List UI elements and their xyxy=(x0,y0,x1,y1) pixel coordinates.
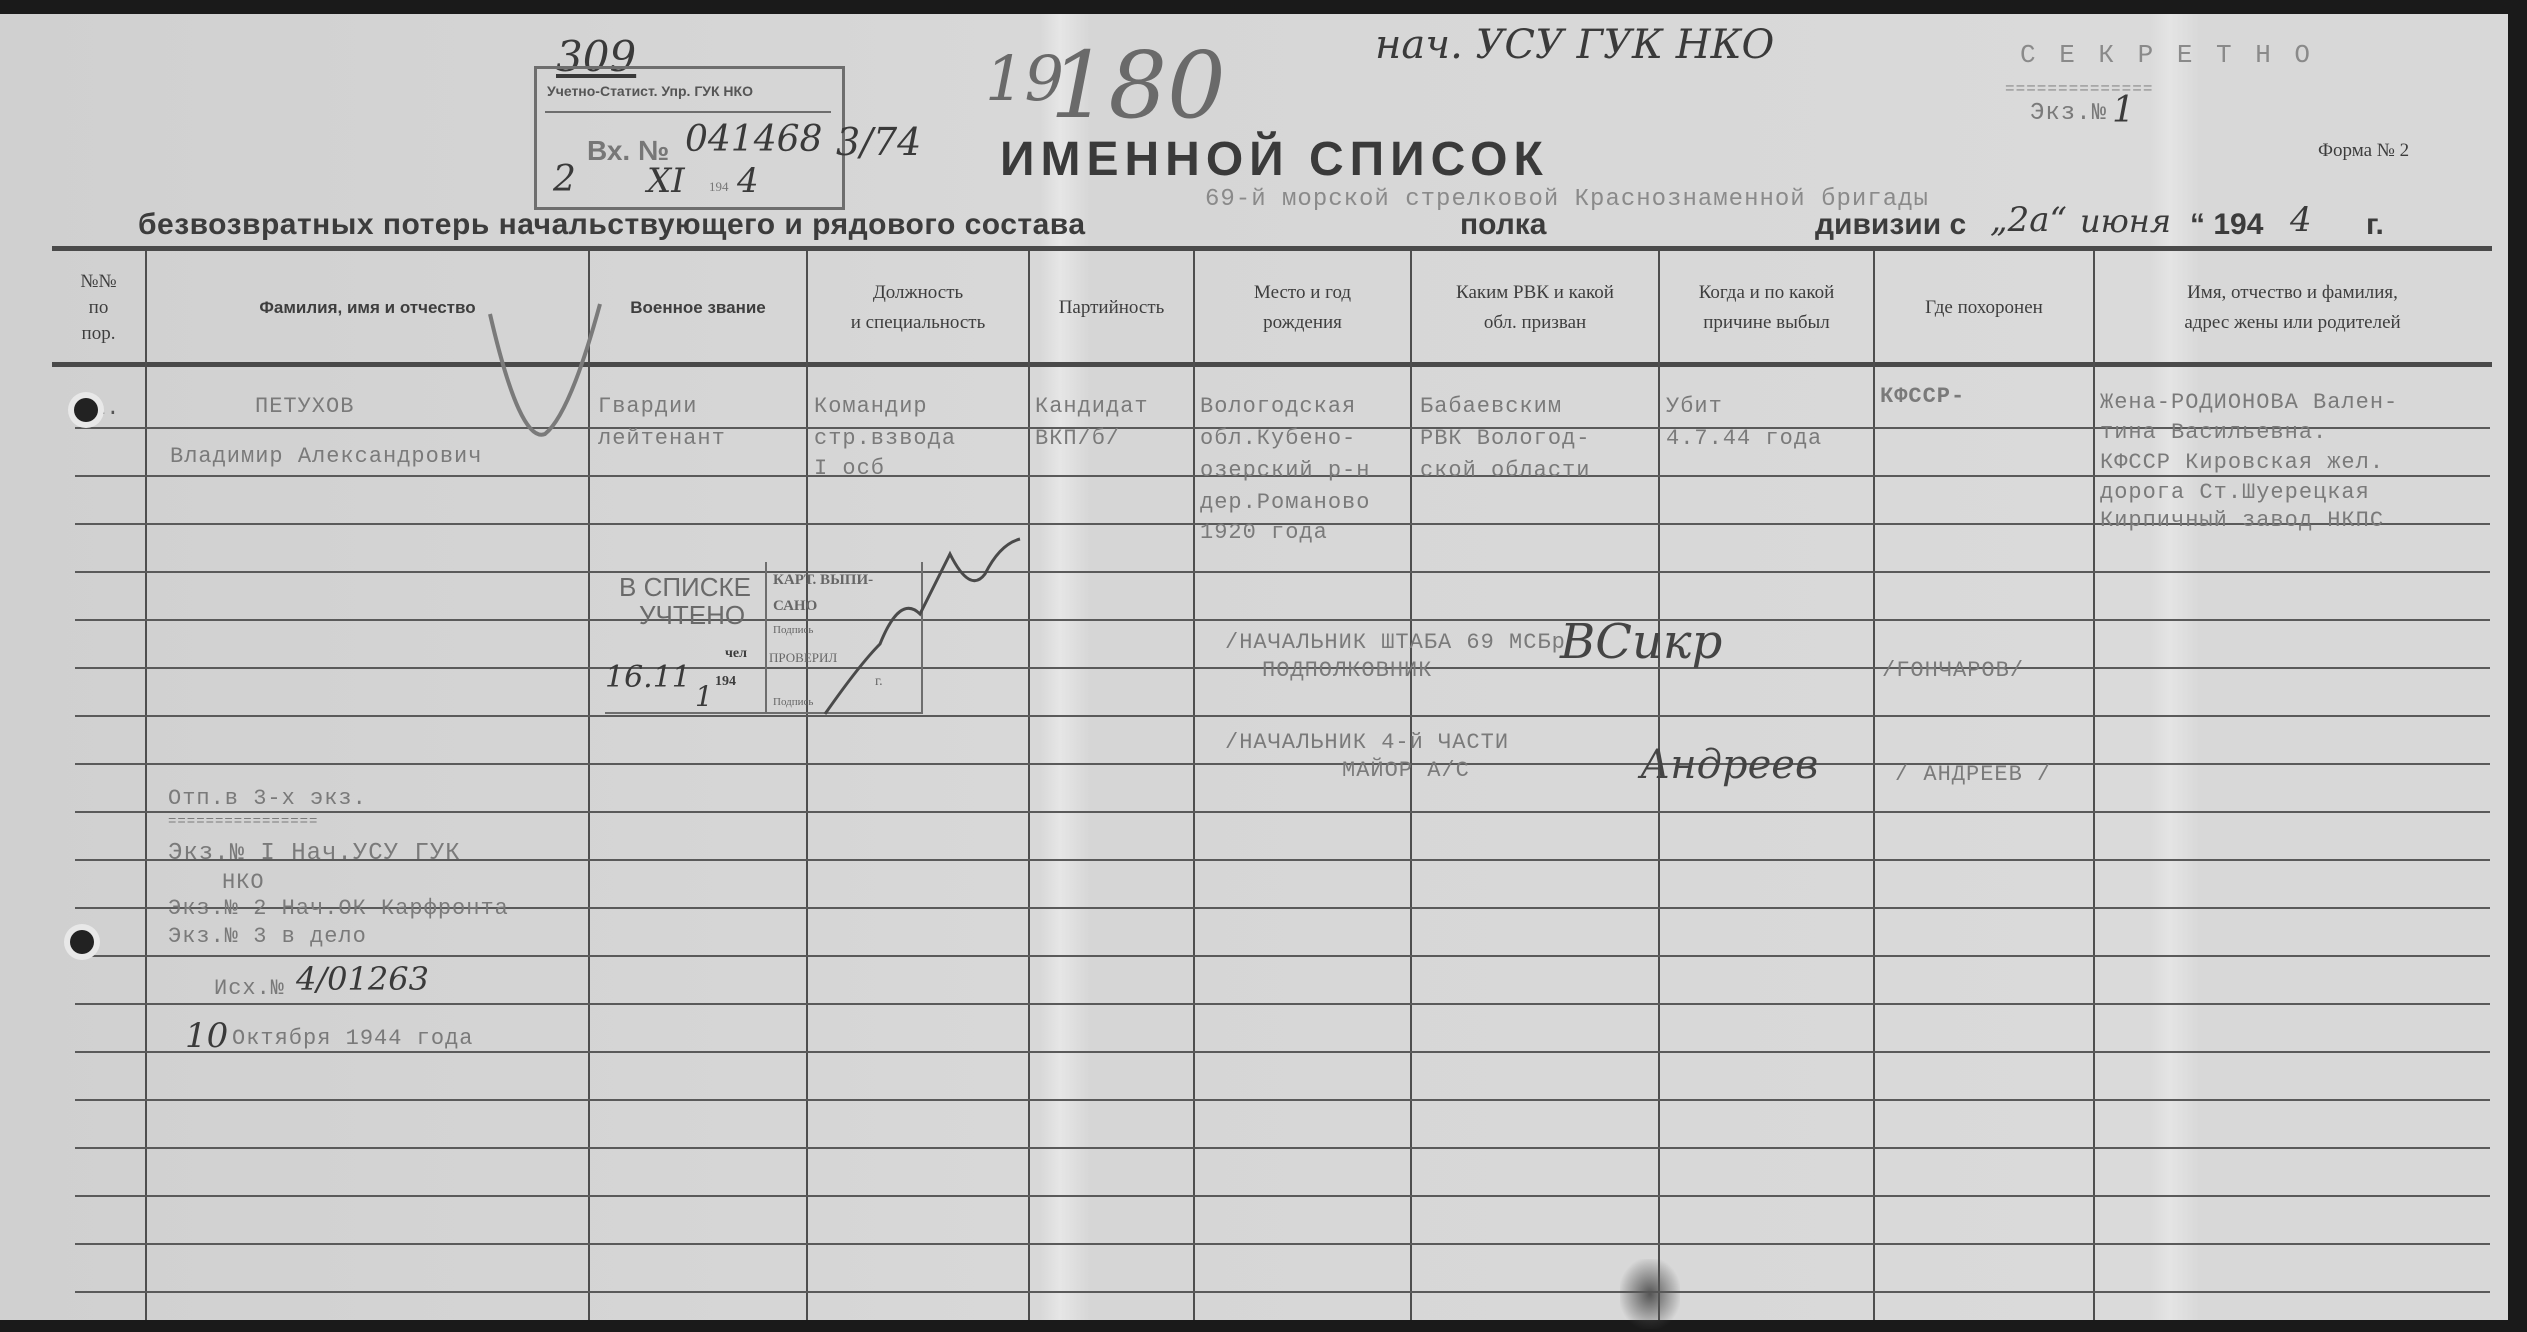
document-page: 309 19 180 нач. УСУ ГУК НКО Учетно-Стати… xyxy=(0,14,2508,1320)
col-divider xyxy=(145,251,147,1320)
dispatch-line-4: Экз.№ 2 Нач.ОК Карфронта xyxy=(168,896,509,921)
row-birth-4: дер.Романово xyxy=(1200,490,1370,515)
subtitle-year-end: г. xyxy=(2366,208,2384,242)
row-relatives-1: Жена-РОДИОНОВА Вален- xyxy=(2100,390,2398,415)
header-num-label: по xyxy=(89,295,109,321)
dispatch-line-5: Экз.№ 3 в дело xyxy=(168,924,367,949)
row-rule xyxy=(75,1243,2490,1245)
row-rule xyxy=(75,571,2490,573)
row-rvk-1: Бабаевским xyxy=(1420,394,1562,419)
col-divider xyxy=(1410,251,1412,1320)
accounted-year-label: 194 xyxy=(715,674,736,690)
col-divider xyxy=(2093,251,2095,1320)
row-rvk-2: РВК Вологод- xyxy=(1420,426,1590,451)
header-rank: Военное звание xyxy=(590,254,806,362)
header-num-label: пор. xyxy=(82,321,116,347)
dispatch-date-day: 10 xyxy=(185,1016,228,1056)
row-rule xyxy=(75,1147,2490,1149)
subtitle-division: дивизии с xyxy=(1815,208,1966,242)
row-party-2: ВКП/б/ xyxy=(1035,426,1120,451)
accounted-people-label: чел xyxy=(725,646,747,662)
fourth-part-rank: МАЙОР А/С xyxy=(1342,758,1470,783)
cards-label-2: САНО xyxy=(773,598,817,615)
col-divider xyxy=(1193,251,1195,1320)
subtitle-year-prefix: “ 194 xyxy=(2190,208,2263,242)
header-rvk-label: Каким РВК и какой xyxy=(1456,278,1614,308)
row-rule xyxy=(75,1051,2490,1053)
dispatch-line-1: Отп.в 3-х экз. xyxy=(168,786,367,811)
subtitle-prefix: безвозвратных потерь начальствующего и р… xyxy=(138,208,1086,242)
accounted-title-1: В СПИСКЕ xyxy=(619,572,751,603)
chief-of-staff-name: /ГОНЧАРОВ/ xyxy=(1882,658,2024,683)
handwritten-addressee: нач. УСУ ГУК НКО xyxy=(1375,22,1774,68)
row-surname: ПЕТУХОВ xyxy=(255,394,354,419)
checkmark-icon xyxy=(460,294,620,464)
dispatch-line-1-underline: ================ xyxy=(168,814,318,830)
header-relatives-label: адрес жены или родителей xyxy=(2184,308,2400,338)
fourth-part-title: /НАЧАЛЬНИК 4-й ЧАСТИ xyxy=(1225,730,1509,755)
header-birth-label: рождения xyxy=(1263,308,1342,338)
col-divider xyxy=(1028,251,1030,1320)
col-divider xyxy=(806,251,808,1320)
incoming-number: 041468 xyxy=(685,119,822,160)
incoming-month: XI xyxy=(647,161,685,201)
outgoing-label: Исх.№ xyxy=(214,976,285,1001)
dispatch-line-3: НКО xyxy=(222,870,265,895)
checked-signature-label: Подпись xyxy=(773,696,813,708)
header-relatives: Имя, отчество и фамилия, адрес жены или … xyxy=(2095,254,2490,362)
row-rule xyxy=(75,1003,2490,1005)
chief-of-staff-signature: ВСикр xyxy=(1560,614,1722,670)
fourth-part-signature: Андреев xyxy=(1640,742,1818,788)
incoming-stamp-header: Учетно-Статист. Упр. ГУК НКО xyxy=(547,83,753,99)
row-rule xyxy=(75,619,2490,621)
row-given-names: Владимир Александрович xyxy=(170,444,482,469)
row-birth-3: озерский р-н xyxy=(1200,458,1370,483)
row-party-1: Кандидат xyxy=(1035,394,1149,419)
row-rule xyxy=(75,1291,2490,1293)
ink-smudge xyxy=(1620,1259,1680,1329)
row-relatives-5: Кирпичный завод НКПС xyxy=(2100,508,2384,533)
subtitle-polka: полка xyxy=(1460,208,1546,242)
header-rvk-label: обл. призван xyxy=(1484,308,1586,338)
row-rule xyxy=(75,715,2490,717)
cards-signature-label: Подпись xyxy=(773,624,813,636)
header-when-label: Когда и по какой xyxy=(1699,278,1835,308)
signature-scribble-icon xyxy=(820,534,1050,734)
page-title: ИМЕННОЙ СПИСОК xyxy=(1000,132,1549,187)
header-when: Когда и по какой причине выбыл xyxy=(1660,254,1873,362)
header-birth-label: Место и год xyxy=(1254,278,1351,308)
row-rule xyxy=(75,1099,2490,1101)
outgoing-number: 4/01263 xyxy=(296,960,429,998)
secret-label: С Е К Р Е Т Н О xyxy=(2020,40,2314,70)
row-birth-2: обл.Кубено- xyxy=(1200,426,1356,451)
row-rule xyxy=(75,955,2490,957)
copy-number: 1 xyxy=(2112,90,2135,131)
header-when-label: причине выбыл xyxy=(1703,308,1830,338)
subtitle-date-month: июня xyxy=(2080,202,2171,240)
table-top-border xyxy=(52,246,2492,251)
punch-hole xyxy=(70,930,94,954)
row-birth-5: 1920 года xyxy=(1200,520,1328,545)
header-position-label: Должность xyxy=(873,278,963,308)
row-position-1: Командир xyxy=(814,394,928,419)
header-bottom-border xyxy=(52,362,2492,367)
header-num: №№ по пор. xyxy=(52,254,145,362)
header-position-label: и специальность xyxy=(851,308,986,338)
row-rule xyxy=(75,811,2490,813)
dispatch-line-2: Экз.№ I Нач.УСУ ГУК xyxy=(168,840,461,867)
incoming-day: 2 xyxy=(553,159,576,200)
row-rule xyxy=(75,763,2490,765)
incoming-stamp: Учетно-Статист. Упр. ГУК НКО Вх. № 04146… xyxy=(534,66,845,210)
punch-hole xyxy=(74,398,98,422)
header-rvk: Каким РВК и какой обл. призван xyxy=(1412,254,1658,362)
row-rule xyxy=(75,1195,2490,1197)
row-rvk-3: ской области xyxy=(1420,458,1590,483)
row-buried: КФССР- xyxy=(1880,384,1965,409)
copy-label: Экз.№ xyxy=(2030,100,2107,127)
col-divider xyxy=(1873,251,1875,1320)
row-birth-1: Вологодская xyxy=(1200,394,1356,419)
row-position-2: стр.взвода xyxy=(814,426,956,451)
row-when-2: 4.7.44 года xyxy=(1666,426,1822,451)
handwritten-number-180: 180 xyxy=(1050,32,1226,139)
incoming-year-prefix: 194 xyxy=(709,179,729,195)
header-birth: Место и год рождения xyxy=(1195,254,1410,362)
row-when-1: Убит xyxy=(1666,394,1723,419)
row-position-3: I осб xyxy=(814,456,885,481)
row-relatives-4: дорога Ст.Шуерецкая xyxy=(2100,480,2370,505)
accounted-title-2: УЧТЕНО xyxy=(639,600,745,631)
row-relatives-2: тина Васильевна. xyxy=(2100,420,2327,445)
header-num-label: №№ xyxy=(80,269,116,295)
header-relatives-label: Имя, отчество и фамилия, xyxy=(2187,278,2398,308)
dispatch-date-rest: Октября 1944 года xyxy=(232,1026,473,1051)
accounted-handwritten-date: 16.11 xyxy=(605,660,691,695)
stamp-divider xyxy=(545,111,831,113)
incoming-year: 4 xyxy=(737,161,759,201)
chief-of-staff-rank: ПОДПОЛКОВНИК xyxy=(1262,658,1432,683)
chief-of-staff-title: /НАЧАЛЬНИК ШТАБА 69 МСБр xyxy=(1225,630,1566,655)
row-relatives-3: КФССР Кировская жел. xyxy=(2100,450,2384,475)
header-party: Партийность xyxy=(1030,254,1193,362)
form-label: Форма № 2 xyxy=(2318,140,2409,162)
accounted-handwritten-count: 1 xyxy=(695,680,713,713)
header-position: Должность и специальность xyxy=(808,254,1028,362)
subtitle-year-suffix: 4 xyxy=(2290,200,2312,240)
subtitle-date-day: „2а“ xyxy=(1990,200,2067,240)
fourth-part-name: / АНДРЕЕВ / xyxy=(1895,762,2051,787)
header-buried: Где похоронен xyxy=(1875,254,2093,362)
incoming-side-number: 3/74 xyxy=(836,120,921,164)
